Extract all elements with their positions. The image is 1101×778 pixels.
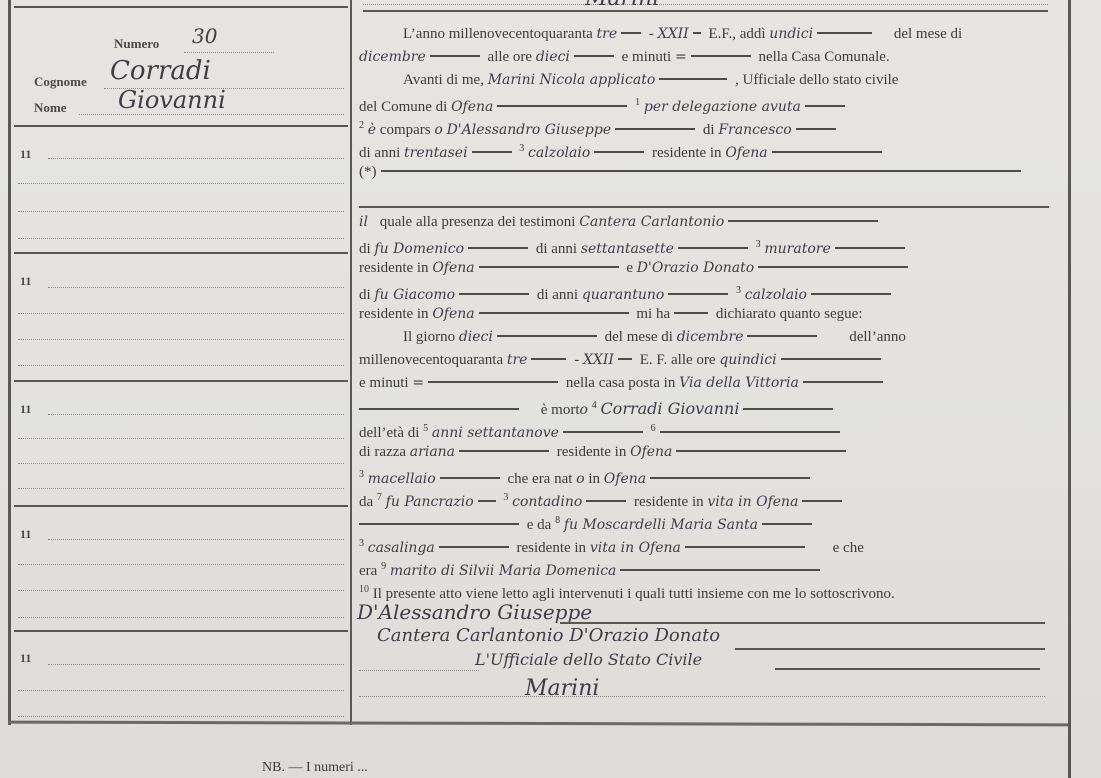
signature-line xyxy=(560,622,1045,624)
registration-day: undici xyxy=(769,26,813,42)
witness2-profession: calzolaio xyxy=(745,287,807,303)
section-rule xyxy=(14,505,348,507)
printed-text: residente in xyxy=(359,260,429,276)
printed-text: in xyxy=(588,471,600,487)
witness2-age: quarantuno xyxy=(582,287,664,303)
declarant-age: trentasei xyxy=(404,145,468,161)
annotation-line xyxy=(48,287,344,288)
annotation-line xyxy=(18,488,344,489)
annotation-marker: 11 xyxy=(20,274,31,289)
officer-name: Marini Nicola applicato xyxy=(488,72,656,88)
printed-text: del mese di xyxy=(605,329,673,345)
signature-line xyxy=(359,696,1045,697)
annotation-line xyxy=(18,313,344,314)
line-officer: Avanti di me, Marini Nicola applicato , … xyxy=(355,68,1045,92)
line-mother: e da 8 fu Moscardelli Maria Santa xyxy=(355,509,1045,533)
line-witness1-details: di fu Domenico di anni settantasette 3 m… xyxy=(355,233,1045,257)
deceased-birthplace: Ofena xyxy=(604,471,646,487)
spouse-name: marito di Silvii Maria Domenica xyxy=(390,563,617,579)
witness1-age: settantasette xyxy=(581,241,674,257)
annotation-line xyxy=(48,414,344,415)
deceased-residence: Ofena xyxy=(630,444,672,460)
annotation-line xyxy=(18,590,344,591)
line-witness2: residente in Ofena e D'Orazio Donato xyxy=(355,256,1045,280)
nome-dotline xyxy=(79,114,344,115)
printed-text: dichiarato quanto segue: xyxy=(716,306,863,322)
line-witness2-residence: residente in Ofena mi ha dichiarato quan… xyxy=(355,302,1045,326)
death-address: Via della Vittoria xyxy=(679,375,799,391)
death-day: dieci xyxy=(459,329,493,345)
annotation-line xyxy=(18,564,344,565)
section-rule xyxy=(14,125,348,127)
cognome-value: Corradi xyxy=(110,56,211,86)
printed-text: residente in xyxy=(634,494,704,510)
printed-text: mi ha xyxy=(636,306,670,322)
footnote-marker: 3 xyxy=(756,239,761,250)
printed-text: compars xyxy=(380,122,431,138)
annotation-line xyxy=(18,438,344,439)
printed-text: e da xyxy=(527,517,552,533)
printed-text: alle ore xyxy=(488,49,533,65)
annotation-marker: 11 xyxy=(20,651,31,666)
printed-text: e xyxy=(626,260,633,276)
numero-label: Numero xyxy=(114,36,159,52)
nome-value: Giovanni xyxy=(118,86,226,114)
numero-value: 30 xyxy=(192,24,217,48)
father-residence: vita in Ofena xyxy=(707,494,798,510)
printed-text: del mese di xyxy=(894,26,962,42)
witness1-father: fu Domenico xyxy=(374,241,464,257)
nome-label: Nome xyxy=(34,100,67,116)
declarant-residence: Ofena xyxy=(725,145,767,161)
printed-text: dell’età di xyxy=(359,425,419,441)
era-year: XXII xyxy=(658,26,689,42)
printed-text: Il giorno xyxy=(403,329,455,345)
line-spouse: era 9 marito di Silvii Maria Domenica xyxy=(355,555,1045,579)
line-death-day: Il giorno dieci del mese di dicembre del… xyxy=(355,325,1045,349)
annotation-marker: 11 xyxy=(20,527,31,542)
numero-dotline xyxy=(184,52,274,53)
printed-text: E.F., addì xyxy=(708,26,765,42)
deceased-race: ariana xyxy=(410,444,455,460)
deceased-name: Corradi Giovanni xyxy=(600,399,739,418)
bottom-border xyxy=(8,721,1068,727)
signature-line xyxy=(735,648,1045,650)
father-name: fu Pancrazio xyxy=(386,494,474,510)
footnote-marker: 2 xyxy=(359,120,364,131)
printed-text: quale alla presenza dei testimoni xyxy=(380,214,576,230)
left-border xyxy=(8,0,11,725)
top-rule xyxy=(14,6,348,8)
printed-text: di anni xyxy=(359,145,400,161)
line-witness2-details: di fu Giacomo di anni quarantuno 3 calzo… xyxy=(355,279,1045,303)
footnote-marker: 3 xyxy=(519,143,524,154)
annotation-line xyxy=(18,690,344,691)
printed-text: da xyxy=(359,494,373,510)
printed-text: nella Casa Comunale. xyxy=(758,49,889,65)
deceased-age: anni settantanove xyxy=(432,425,559,441)
printed-text: e minuti xyxy=(622,49,672,65)
footer-note: NB. — I numeri ... xyxy=(262,760,368,776)
printed-text: (*) xyxy=(359,164,377,180)
printed-text: nella casa posta in xyxy=(566,375,676,391)
line-declarant: 2 è compars o D'Alessandro Giuseppe di F… xyxy=(355,114,1045,138)
annotation-line xyxy=(18,365,344,366)
printed-text: di xyxy=(703,122,715,138)
annotation-line xyxy=(18,617,344,618)
death-minutes: = xyxy=(412,375,424,391)
annotation-marker: 11 xyxy=(20,402,31,417)
line-asterisk: (*) xyxy=(355,160,1045,184)
printed-text: era xyxy=(359,563,377,579)
blank-rule xyxy=(359,206,1049,208)
top-rule xyxy=(363,10,1048,12)
footnote-marker: 6 xyxy=(651,423,656,434)
pronoun-il: il xyxy=(359,214,368,230)
printed-text: E. F. alle ore xyxy=(640,352,716,368)
registration-minutes: = xyxy=(675,49,687,65)
printed-text: residente in xyxy=(652,145,722,161)
deceased-profession: macellaio xyxy=(368,471,436,487)
footnote-marker: 7 xyxy=(377,492,382,503)
printed-text: - xyxy=(649,26,654,42)
annotation-line xyxy=(18,183,344,184)
annotation-line xyxy=(48,539,344,540)
line-month-time: dicembre alle ore dieci e minuti = nella… xyxy=(355,45,1045,69)
printed-text: e che xyxy=(833,540,864,556)
printed-text: è mort xyxy=(541,402,580,418)
left-margin-panel: Numero 30 Cognome Corradi Nome Giovanni … xyxy=(14,0,348,720)
footnote-marker: 10 xyxy=(359,584,369,595)
annotation-line xyxy=(18,339,344,340)
printed-text: del Comune di xyxy=(359,99,447,115)
verb-e: è xyxy=(368,122,376,138)
top-signature: Marini xyxy=(585,0,659,11)
line-year-day: L’anno millenovecentoquaranta tre - XXII… xyxy=(355,22,1045,46)
registration-month: dicembre xyxy=(359,49,426,65)
printed-text: di razza xyxy=(359,444,406,460)
footnote-marker: 4 xyxy=(592,400,597,411)
mother-residence: vita in Ofena xyxy=(590,540,681,556)
printed-text: residente in xyxy=(557,444,627,460)
printed-text: , Ufficiale dello stato civile xyxy=(735,72,898,88)
witness2-residence: Ofena xyxy=(432,306,474,322)
column-divider xyxy=(350,0,352,725)
footnote-marker: 8 xyxy=(555,515,560,526)
top-dotline xyxy=(363,4,1048,5)
printed-text: Avanti di me, xyxy=(403,72,484,88)
footnote-marker: 3 xyxy=(359,538,364,549)
cognome-label: Cognome xyxy=(34,74,87,90)
printed-text: di xyxy=(359,241,371,257)
printed-text: millenovecentoquaranta xyxy=(359,352,503,368)
footnote-marker: 9 xyxy=(381,561,386,572)
footnote-marker: 3 xyxy=(359,469,364,480)
right-border xyxy=(1068,0,1071,778)
line-comune: del Comune di Ofena 1 per delegazione av… xyxy=(355,91,1045,115)
section-rule xyxy=(14,630,348,632)
witness2-name: D'Orazio Donato xyxy=(637,260,754,276)
printed-text: di anni xyxy=(536,241,577,257)
death-year-suffix: tre xyxy=(507,352,528,368)
line-father: da 7 fu Pancrazio 3 contadino residente … xyxy=(355,486,1045,510)
footnote-marker: 1 xyxy=(635,97,640,108)
witness1-profession: muratore xyxy=(764,241,830,257)
line-deceased: è morto 4 Corradi Giovanni xyxy=(355,394,1045,418)
death-hour: quindici xyxy=(719,352,776,368)
annotation-line xyxy=(18,211,344,212)
annotation-line xyxy=(18,716,344,717)
annotation-line xyxy=(48,158,344,159)
footnote-marker: 3 xyxy=(503,492,508,503)
year-suffix: tre xyxy=(597,26,618,42)
signature-line xyxy=(775,668,1040,670)
line-mother-details: 3 casalinga residente in vita in Ofena e… xyxy=(355,532,1045,556)
section-rule xyxy=(14,252,348,254)
gender-suffix: o xyxy=(580,402,588,418)
printed-text: residente in xyxy=(517,540,587,556)
annotation-line xyxy=(18,463,344,464)
witness1-residence: Ofena xyxy=(432,260,474,276)
mother-profession: casalinga xyxy=(368,540,435,556)
delegation-note: per delegazione avuta xyxy=(644,99,801,115)
line-deceased-birth: 3 macellaio che era nat o in Ofena xyxy=(355,463,1045,487)
line-death-place: e minuti = nella casa posta in Via della… xyxy=(355,371,1045,395)
printed-text: di xyxy=(359,287,371,303)
line-declarant-details: di anni trentasei 3 calzolaio residente … xyxy=(355,137,1045,161)
annotation-marker: 11 xyxy=(20,147,31,162)
signature-line xyxy=(359,670,479,671)
line-closing: 10 Il presente atto viene letto agli int… xyxy=(355,578,1045,602)
declarant-father: Francesco xyxy=(718,122,791,138)
line-death-year: millenovecentoquaranta tre - XXII E. F. … xyxy=(355,348,1045,372)
death-era-year: XXII xyxy=(583,352,614,368)
declarant-signature: D'Alessandro Giuseppe xyxy=(357,600,592,624)
document-page: Numero 30 Cognome Corradi Nome Giovanni … xyxy=(0,0,1101,778)
line-deceased-residence: di razza ariana residente in Ofena xyxy=(355,440,1045,464)
record-body: Marini L’anno millenovecentoquaranta tre… xyxy=(355,0,1050,720)
printed-text: L’anno millenovecentoquaranta xyxy=(403,26,593,42)
printed-text: che era nat xyxy=(507,471,572,487)
officer-title-handwritten: L'Ufficiale dello Stato Civile xyxy=(475,650,702,669)
mother-name: fu Moscardelli Maria Santa xyxy=(564,517,758,533)
gender-suffix: o xyxy=(434,122,442,138)
declarant-profession: calzolaio xyxy=(528,145,590,161)
footnote-marker: 5 xyxy=(423,423,428,434)
gender-suffix: o xyxy=(576,471,584,487)
annotation-line xyxy=(18,238,344,239)
printed-text: residente in xyxy=(359,306,429,322)
officer-signature: Marini xyxy=(525,676,599,701)
witnesses-signature: Cantera Carlantonio D'Orazio Donato xyxy=(377,625,720,646)
printed-text: dell’anno xyxy=(849,329,906,345)
death-month: dicembre xyxy=(677,329,744,345)
annotation-line xyxy=(48,664,344,665)
printed-text: e minuti xyxy=(359,375,409,391)
comune: Ofena xyxy=(451,99,493,115)
footnote-marker: 3 xyxy=(736,285,741,296)
witness1-name: Cantera Carlantonio xyxy=(579,214,724,230)
printed-text: - xyxy=(574,352,579,368)
line-witness1: il quale alla presenza dei testimoni Can… xyxy=(355,210,1045,234)
declarant-name: D'Alessandro Giuseppe xyxy=(447,122,612,138)
line-deceased-age: dell’età di 5 anni settantanove 6 xyxy=(355,417,1045,441)
witness2-father: fu Giacomo xyxy=(374,287,455,303)
printed-text: di anni xyxy=(537,287,578,303)
registration-hour: dieci xyxy=(536,49,570,65)
section-rule xyxy=(14,380,348,382)
father-profession: contadino xyxy=(512,494,582,510)
